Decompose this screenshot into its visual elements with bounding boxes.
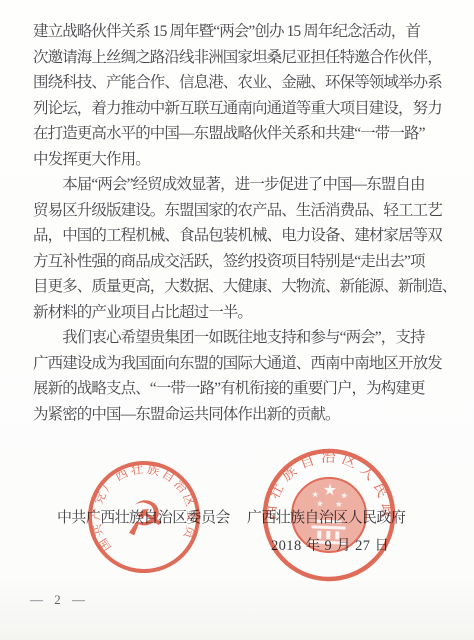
- body-line: 目更多、质量更高，大数据、大健康、大物流、新能源、新制造、: [33, 274, 449, 300]
- body-line: 新材料的产业项目占比超过一半。: [33, 300, 449, 326]
- body-line: 中发挥更大作用。: [33, 147, 449, 173]
- seal-arc-text: 中国共产党广西壮族自治区委员会: [77, 448, 203, 556]
- body-line: 次邀请海上丝绸之路沿线非洲国家坦桑尼亚担任特邀合作伙伴，: [33, 45, 449, 71]
- body-line: 贸易区升级版建设。东盟国家的农产品、生活消费品、轻工工艺: [33, 198, 449, 224]
- signature-line: 中共广西壮族自治区委员会 广西壮族自治区人民政府: [57, 506, 405, 527]
- signer-party-committee: 中共广西壮族自治区委员会: [57, 506, 230, 527]
- body-line: 建立战略伙伴关系 15 周年暨“两会”创办 15 周年纪念活动，首: [33, 19, 449, 45]
- body-line: 展新的战略支点、“一带一路”有机衔接的重要门户，为构建更: [33, 376, 449, 402]
- document-date: 2018 年 9 月 27 日: [271, 534, 389, 555]
- body-line: 我们衷心希望贵集团一如既往地支持和参与“两会”，支持: [33, 325, 449, 351]
- letter-body: 建立战略伙伴关系 15 周年暨“两会”创办 15 周年纪念活动，首 次邀请海上丝…: [33, 19, 449, 427]
- body-line: 品，中国的工程机械、食品包装机械、电力设备、建材家居等双: [33, 223, 449, 249]
- body-line: 方互补性强的商品成交活跃，签约投资项目特别是“走出去”项: [33, 249, 449, 275]
- body-line: 列论坛，着力推动中新互联互通南向通道等重大项目建设，努力: [33, 96, 449, 122]
- scanned-letter-page: 建立战略伙伴关系 15 周年暨“两会”创办 15 周年纪念活动，首 次邀请海上丝…: [0, 0, 474, 640]
- signer-government: 广西壮族自治区人民政府: [247, 506, 405, 527]
- body-line: 为紧密的中国—东盟命运共同体作出新的贡献。: [33, 402, 449, 428]
- body-line: 围绕科技、产能合作、信息港、农业、金融、环保等领域举办系: [33, 70, 449, 96]
- body-line: 本届“两会”经贸成效显著，进一步促进了中国—东盟自由: [33, 172, 449, 198]
- svg-text:中国共产党广西壮族自治区委员会: 中国共产党广西壮族自治区委员会: [77, 448, 203, 556]
- page-number: — 2 —: [30, 592, 89, 608]
- body-line: 广西建设成为我国面向东盟的国际大通道、西南中南地区开放发: [33, 351, 449, 377]
- body-line: 在打造更高水平的中国—东盟战略伙伴关系和共建“一带一路”: [33, 121, 449, 147]
